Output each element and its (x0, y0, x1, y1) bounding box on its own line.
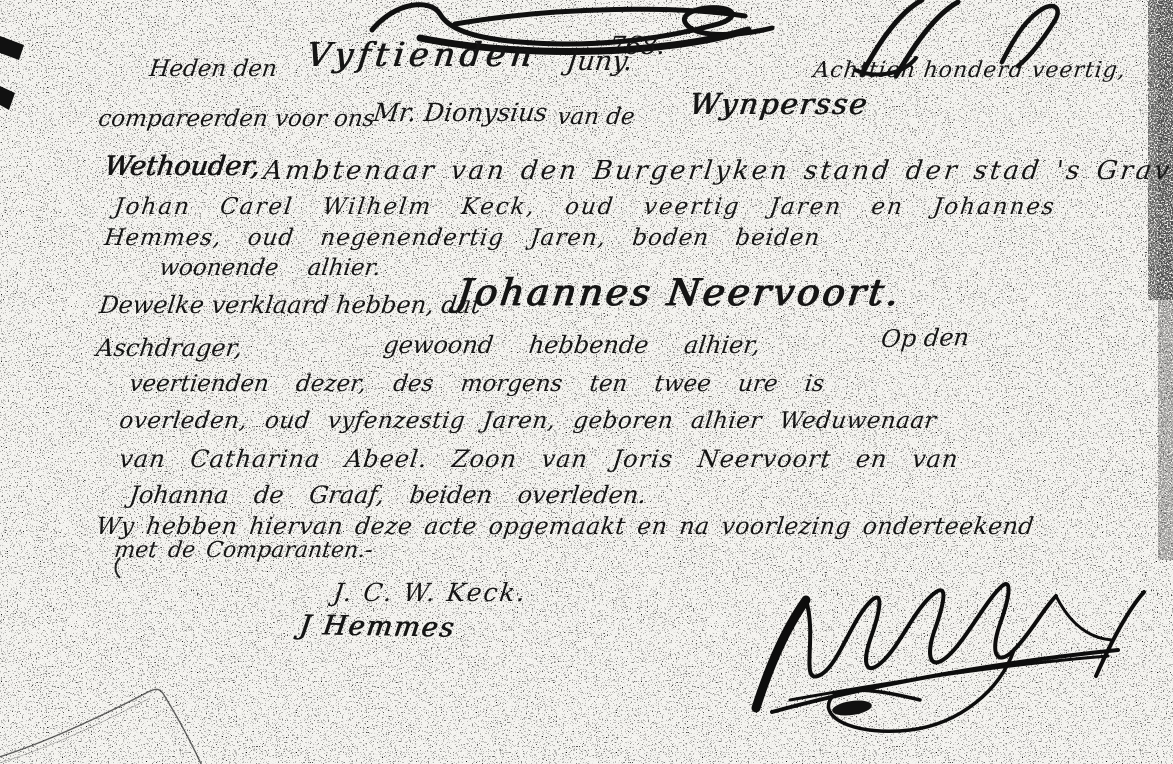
line-date-prefix: Heden den (148, 58, 278, 81)
mother-line: Johanna de Graaf, beiden overleden. (128, 483, 647, 507)
declaration-intro: Dewelke verklaard hebben, dat (98, 293, 482, 317)
death-age-birth-line: overleden, oud vyfenzestig Jaren, gebore… (118, 410, 938, 433)
declarant-1-line: Johan Carel Wilhelm Keck, oud veertig Ja… (113, 196, 1057, 219)
official-surname: Wynpersse (688, 90, 870, 119)
deceased-occupation: Aschdrager, (95, 336, 244, 360)
scanned-document-page: 768. Heden den Vyftienden Juny. Achttien… (0, 0, 1173, 764)
declarants-residence-line: woonende alhier. (158, 257, 382, 280)
deceased-name: Johannes Neervoort. (455, 274, 903, 311)
death-date-prefix: Op den (880, 325, 970, 351)
registrar-title: Ambtenaar van den Burgerlyken stand der … (262, 158, 1173, 184)
closing-statement: Wy hebben hiervan deze acte opgemaakt en… (95, 515, 1035, 539)
line-date-day: Vyftienden (305, 38, 539, 71)
death-date-time-line: veertienden dezer, des morgens ten twee … (128, 373, 825, 396)
signature-witness-1: J. C. W. Keck. (332, 580, 528, 605)
closing-comparanten: met de Comparanten.- (113, 540, 374, 562)
official-title-name: Mr. Dionysius (372, 100, 549, 125)
registrar-title-prefix: Wethouder, (103, 153, 262, 180)
line-date-year: Achttien honderd veertig, (812, 60, 1127, 82)
signature-witness-2: J Hemmes (298, 612, 457, 642)
deceased-residence: gewoond hebbende alhier, (382, 333, 761, 357)
declarant-2-line: Hemmes, oud negenendertig Jaren, boden b… (103, 227, 822, 250)
spouse-parents-line: van Catharina Abeel. Zoon van Joris Neer… (118, 447, 960, 471)
line-appeared-before: compareerden voor ons (97, 108, 376, 131)
scan-edge-band-faint (1158, 0, 1173, 560)
official-name-middle: van de (556, 106, 636, 129)
line-date-month: Juny. (565, 48, 634, 75)
